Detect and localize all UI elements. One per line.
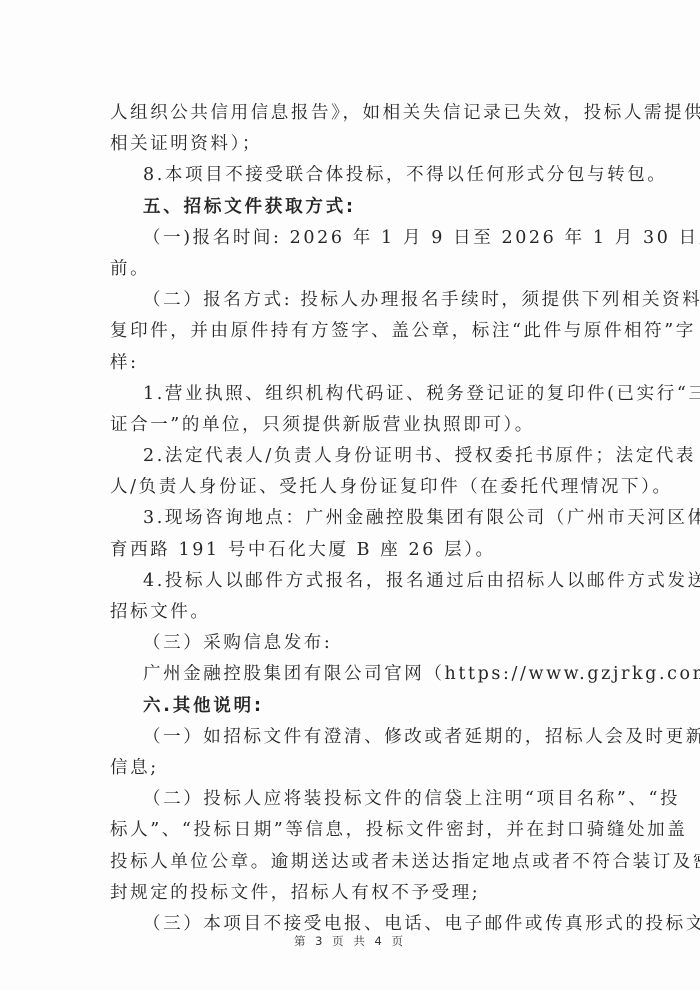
text-line: 人/负责人身份证、受托人身份证复印件（在委托代理情况下）。 xyxy=(110,472,600,503)
text-line: 投标人单位公章。逾期送达或者未送达指定地点或者不符合装订及密 xyxy=(110,847,600,878)
list-item-8: 8.本项目不接受联合体投标，不得以任何形式分包与转包。 xyxy=(110,160,600,191)
registration-time: （一)报名时间: 2026 年 1 月 9 日至 2026 年 1 月 30 日… xyxy=(110,223,600,254)
procurement-info-heading: （三）采购信息发布: xyxy=(110,628,600,659)
text-line: 相关证明资料）； xyxy=(110,129,600,160)
list-item-3: 3.现场咨询地点：广州金融控股集团有限公司（广州市天河区体 xyxy=(110,503,600,534)
list-item-2: 2.法定代表人/负责人身份证明书、授权委托书原件；法定代表 xyxy=(110,441,600,472)
section-heading-6: 六.其他说明: xyxy=(110,691,600,722)
official-website-text: 广州金融控股集团有限公司官网（https://www.gzjrkg.com/）。 xyxy=(110,659,600,690)
text-line: 证合一”的单位，只须提供新版营业执照即可）。 xyxy=(110,410,600,441)
text-line: 样: xyxy=(110,348,600,379)
text-line: 信息; xyxy=(110,753,600,784)
registration-method: （二）报名方式: 投标人办理报名手续时，须提供下列相关资料 xyxy=(110,285,600,316)
document-body: 人组织公共信用信息报告》，如相关失信记录已失效，投标人需提供 相关证明资料）； … xyxy=(110,98,600,940)
text-line: 招标文件。 xyxy=(110,597,600,628)
text-line: 育西路 191 号中石化大厦 B 座 26 层）。 xyxy=(110,535,600,566)
text-line: 复印件，并由原件持有方签字、盖公章，标注“此件与原件相符”字 xyxy=(110,316,600,347)
text-line: 前。 xyxy=(110,254,600,285)
text-line: 标人”、“投标日期”等信息，投标文件密封，并在封口骑缝处加盖 xyxy=(110,815,600,846)
text-line: 封规定的投标文件，招标人有权不予受理; xyxy=(110,878,600,909)
list-item-4: 4.投标人以邮件方式报名，报名通过后由招标人以邮件方式发送 xyxy=(110,566,600,597)
text-line: 人组织公共信用信息报告》，如相关失信记录已失效，投标人需提供 xyxy=(110,98,600,129)
note-item-2: （二）投标人应将装投标文件的信袋上注明“项目名称”、“投 xyxy=(110,784,600,815)
page-number: 第 3 页 共 4 页 xyxy=(0,933,700,949)
note-item-1: （一）如招标文件有澄清、修改或者延期的，招标人会及时更新 xyxy=(110,722,600,753)
list-item-1: 1.营业执照、组织机构代码证、税务登记证的复印件(已实行“三 xyxy=(110,379,600,410)
section-heading-5: 五、招标文件获取方式: xyxy=(110,192,600,223)
document-page: 人组织公共信用信息报告》，如相关失信记录已失效，投标人需提供 相关证明资料）； … xyxy=(0,0,700,990)
